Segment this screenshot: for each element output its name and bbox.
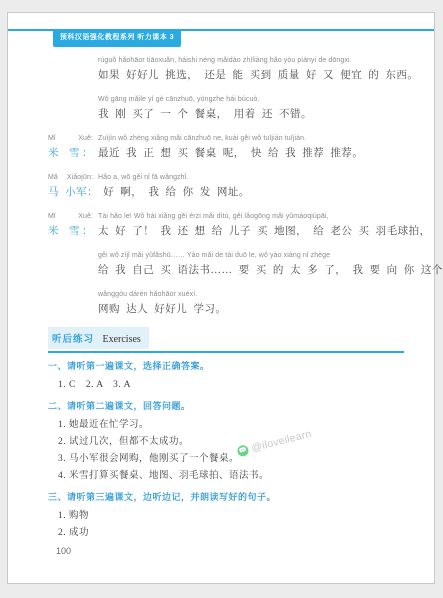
speaker-pinyin: Mǐ Xuě: [48,132,93,145]
exercise-section: 三、请听第三遍课文，边听边记，并朗读写好的句子。 1. 购物 2. 成功 [48,490,404,541]
speaker-pinyin: Mǐ Xuě: [48,210,93,223]
dialogue-block: Wǒ gāng mǎile yí gè cānzhuō, yòngzhe hái… [48,93,404,123]
dialogue-block: Mǎ Xiǎojūn:Hǎo a, wǒ gěi nǐ fā wǎngzhǐ. … [48,171,404,201]
hanzi-text: 好 啊， 我 给 你 发 网址。 [103,184,250,201]
exercise-section: 一、请听第一遍课文，选择正确答案。 1. C 2. A 3. A [48,359,404,393]
exercises-header: 听后练习 Exercises [48,327,404,353]
exercise-item: 1. C 2. A 3. A [48,377,404,393]
series-tab: 预科汉语强化教程系列 听力课本 3 [53,29,181,47]
exercise-item: 2. 成功 [48,525,404,541]
hanzi-text: 网购 达人 好好儿 学习。 [98,301,226,318]
exercise-item: 1. 她最近在忙学习。 [48,417,404,433]
speaker-hanzi: 米 雪： [48,145,93,162]
page-content: rúguǒ hǎohāor tiāoxuǎn, háishi néng mǎid… [48,54,404,542]
dialogue-block: gěi wǒ zìjǐ mǎi yǔfǎshū…… Yào mǎi de tài… [48,249,404,279]
dialogue: rúguǒ hǎohāor tiāoxuǎn, háishi néng mǎid… [48,54,404,318]
exercise-item: 2. 试过几次，但都不太成功。 [48,434,404,450]
pinyin-text: Wǒ gāng mǎile yí gè cānzhuō, yòngzhe hái… [98,93,260,106]
dialogue-block: Mǐ Xuě:Tài hǎo le! Wǒ hái xiǎng gěi érzi… [48,210,404,240]
pinyin-text: rúguǒ hǎohāor tiāoxuǎn, háishi néng mǎid… [98,54,352,67]
exercises: 听后练习 Exercises 一、请听第一遍课文，选择正确答案。 1. C 2.… [48,327,404,541]
exercise-item: 1. 购物 [48,508,404,524]
exercise-section: 二、请听第二遍课文，回答问题。 1. 她最近在忙学习。 2. 试过几次，但都不太… [48,399,404,484]
pinyin-text: Hǎo a, wǒ gěi nǐ fā wǎngzhǐ. [98,171,188,184]
hanzi-text: 太 好 了！ 我 还 想 给 儿子 买 地图， 给 老公 买 羽毛球拍， [98,223,431,240]
dialogue-block: rúguǒ hǎohāor tiāoxuǎn, háishi néng mǎid… [48,54,404,84]
pinyin-text: Tài hǎo le! Wǒ hái xiǎng gěi érzi mǎi dì… [98,210,329,223]
exercise-instruction: 三、请听第三遍课文，边听边记，并朗读写好的句子。 [48,490,404,504]
exercise-item: 3. 马小军很会网购，他刚买了一个餐桌。 [48,451,404,467]
hanzi-text: 如果 好好儿 挑选， 还是 能 买到 质量 好 又 便宜 的 东西。 [98,67,418,84]
exercise-item: 4. 米雪打算买餐桌、地图、羽毛球拍、语法书。 [48,468,404,484]
textbook-page: 预科汉语强化教程系列 听力课本 3 rúguǒ hǎohāor tiāoxuǎn… [7,12,435,584]
speaker-hanzi: 米 雪： [48,223,93,240]
speaker-pinyin: Mǎ Xiǎojūn: [48,171,93,184]
hanzi-text: 我 刚 买了 一 个 餐桌， 用着 还 不错。 [98,106,312,123]
exercise-instruction: 一、请听第一遍课文，选择正确答案。 [48,359,404,373]
hanzi-text: 给 我 自己 买 语法书…… 要 买 的 太 多 了， 我 要 向 你 这个 [98,262,443,279]
exercises-header-cn: 听后练习 [52,334,94,345]
dialogue-block: wǎnggòu dárén hǎohāor xuéxí. 网购 达人 好好儿 学… [48,288,404,318]
pinyin-text: wǎnggòu dárén hǎohāor xuéxí. [98,288,197,301]
page-number: 100 [56,546,71,556]
speaker-hanzi: 马 小军： [48,184,98,201]
exercise-instruction: 二、请听第二遍课文，回答问题。 [48,399,404,413]
pinyin-text: Zuìjìn wǒ zhèng xiǎng mǎi cānzhuō ne, ku… [98,132,306,145]
dialogue-block: Mǐ Xuě:Zuìjìn wǒ zhèng xiǎng mǎi cānzhuō… [48,132,404,162]
hanzi-text: 最近 我 正 想 买 餐桌 呢， 快 给 我 推荐 推荐。 [98,145,363,162]
exercises-header-en: Exercises [102,334,140,345]
series-tab-label: 预科汉语强化教程系列 听力课本 3 [60,34,174,41]
pinyin-text: gěi wǒ zìjǐ mǎi yǔfǎshū…… Yào mǎi de tài… [98,249,330,262]
exercises-header-box: 听后练习 Exercises [48,327,149,349]
